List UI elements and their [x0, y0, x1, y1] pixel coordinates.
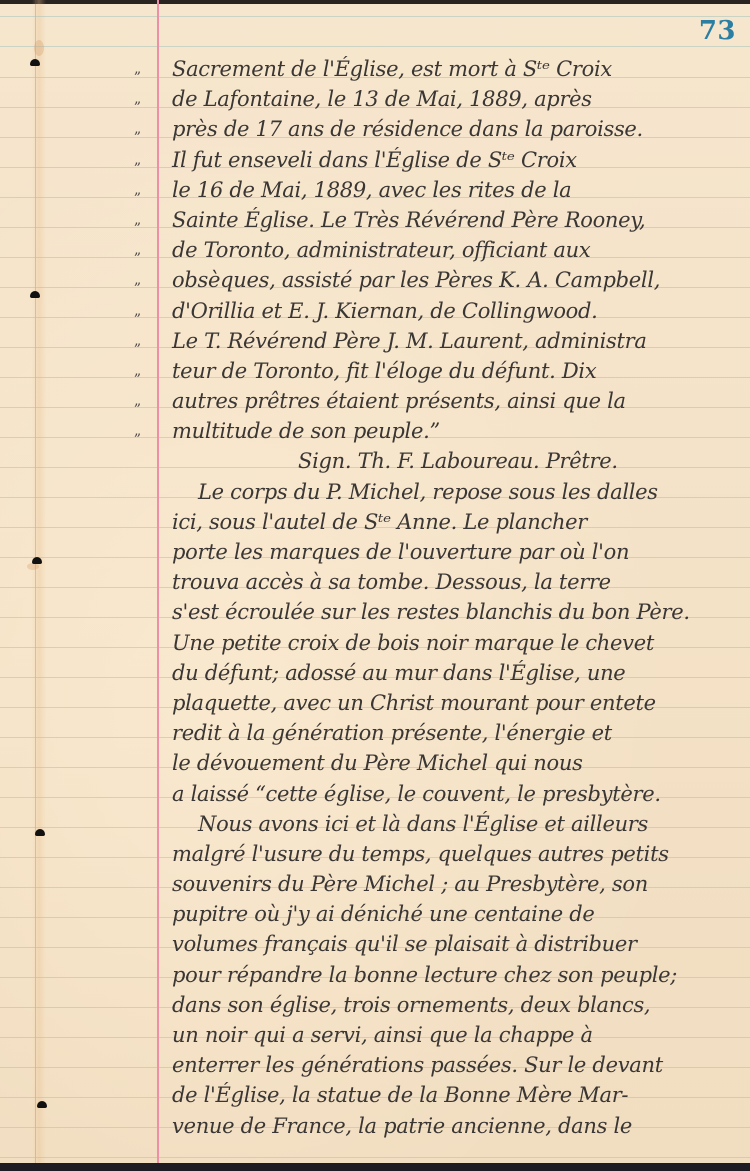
line-text: Le T. Révérend Père J. M. Laurent, admin…: [172, 326, 647, 356]
line-text: enterrer les générations passées. Sur le…: [172, 1050, 663, 1080]
line-text: pupitre où j'y ai déniché une centaine d…: [172, 899, 595, 929]
line-text: de Toronto, administrateur, officiant au…: [172, 235, 590, 265]
line-text: le 16 de Mai, 1889, avec les rites de la: [172, 175, 571, 205]
text-line: „Le T. Révérend Père J. M. Laurent, admi…: [0, 326, 750, 356]
text-line: „obsèques, assisté par les Pères K. A. C…: [0, 265, 750, 295]
text-line: porte les marques de l'ouverture par où …: [0, 537, 750, 567]
text-line: plaquette, avec un Christ mourant pour e…: [0, 688, 750, 718]
text-line: redit à la génération présente, l'énergi…: [0, 718, 750, 748]
signature-line: Sign. Th. F. Laboureau. Prêtre.: [0, 446, 750, 476]
line-text: du défunt; adossé au mur dans l'Église, …: [172, 658, 625, 688]
text-line: „autres prêtres étaient présents, ainsi …: [0, 386, 750, 416]
line-text: pour répandre la bonne lecture chez son …: [172, 960, 677, 990]
text-line: Nous avons ici et là dans l'Église et ai…: [0, 809, 750, 839]
line-text: a laissé “cette église, le couvent, le p…: [172, 779, 661, 809]
text-line: „multitude de son peuple.”: [0, 416, 750, 446]
line-text: Le corps du P. Michel, repose sous les d…: [198, 477, 658, 507]
text-line: le dévouement du Père Michel qui nous: [0, 748, 750, 778]
line-text: ici, sous l'autel de Sᵗᵉ Anne. Le planch…: [172, 507, 587, 537]
line-text: redit à la génération présente, l'énergi…: [172, 718, 612, 748]
line-text: Sign. Th. F. Laboureau. Prêtre.: [298, 446, 618, 476]
text-line: enterrer les générations passées. Sur le…: [0, 1050, 750, 1080]
ditto-mark: „: [134, 356, 141, 386]
line-text: trouva accès à sa tombe. Dessous, la ter…: [172, 567, 611, 597]
line-text: porte les marques de l'ouverture par où …: [172, 537, 629, 567]
text-line: dans son église, trois ornements, deux b…: [0, 990, 750, 1020]
text-line: souvenirs du Père Michel ; au Presbytère…: [0, 869, 750, 899]
text-line: „Sainte Église. Le Très Révérend Père Ro…: [0, 205, 750, 235]
ditto-mark: „: [134, 416, 141, 446]
line-text: souvenirs du Père Michel ; au Presbytère…: [172, 869, 648, 899]
text-line: trouva accès à sa tombe. Dessous, la ter…: [0, 567, 750, 597]
line-text: dans son église, trois ornements, deux b…: [172, 990, 650, 1020]
text-line: „de Toronto, administrateur, officiant a…: [0, 235, 750, 265]
text-line: „de Lafontaine, le 13 de Mai, 1889, aprè…: [0, 84, 750, 114]
text-line: malgré l'usure du temps, quelques autres…: [0, 839, 750, 869]
line-text: multitude de son peuple.”: [172, 416, 440, 446]
text-line: „d'Orillia et E. J. Kiernan, de Collingw…: [0, 296, 750, 326]
ditto-mark: „: [134, 296, 141, 326]
handwritten-text: „Sacrement de l'Église, est mort à Sᵗᵉ C…: [0, 54, 750, 1141]
text-line: du défunt; adossé au mur dans l'Église, …: [0, 658, 750, 688]
ditto-mark: „: [134, 84, 141, 114]
text-line: un noir qui a servi, ainsi que la chappe…: [0, 1020, 750, 1050]
line-text: Une petite croix de bois noir marque le …: [172, 628, 654, 658]
line-text: Sainte Église. Le Très Révérend Père Roo…: [172, 205, 645, 235]
text-line: s'est écroulée sur les restes blanchis d…: [0, 597, 750, 627]
line-text: près de 17 ans de résidence dans la paro…: [172, 114, 643, 144]
line-text: s'est écroulée sur les restes blanchis d…: [172, 597, 690, 627]
text-line: Une petite croix de bois noir marque le …: [0, 628, 750, 658]
line-text: de l'Église, la statue de la Bonne Mère …: [172, 1080, 628, 1110]
text-line: „Sacrement de l'Église, est mort à Sᵗᵉ C…: [0, 54, 750, 84]
ditto-mark: „: [134, 235, 141, 265]
line-text: autres prêtres étaient présents, ainsi q…: [172, 386, 626, 416]
text-line: „teur de Toronto, fit l'éloge du défunt.…: [0, 356, 750, 386]
text-line: „près de 17 ans de résidence dans la par…: [0, 114, 750, 144]
line-text: venue de France, la patrie ancienne, dan…: [172, 1111, 632, 1141]
line-text: Nous avons ici et là dans l'Église et ai…: [198, 809, 648, 839]
text-line: „Il fut enseveli dans l'Église de Sᵗᵉ Cr…: [0, 145, 750, 175]
text-line: pupitre où j'y ai déniché une centaine d…: [0, 899, 750, 929]
text-line: a laissé “cette église, le couvent, le p…: [0, 779, 750, 809]
ditto-mark: „: [134, 54, 141, 84]
text-line: volumes français qu'il se plaisait à dis…: [0, 929, 750, 959]
text-line: venue de France, la patrie ancienne, dan…: [0, 1111, 750, 1141]
line-text: plaquette, avec un Christ mourant pour e…: [172, 688, 656, 718]
text-line: pour répandre la bonne lecture chez son …: [0, 960, 750, 990]
ditto-mark: „: [134, 175, 141, 205]
line-text: teur de Toronto, fit l'éloge du défunt. …: [172, 356, 596, 386]
line-text: de Lafontaine, le 13 de Mai, 1889, après: [172, 84, 592, 114]
text-line: ici, sous l'autel de Sᵗᵉ Anne. Le planch…: [0, 507, 750, 537]
ditto-mark: „: [134, 145, 141, 175]
ditto-mark: „: [134, 326, 141, 356]
line-text: obsèques, assisté par les Pères K. A. Ca…: [172, 265, 660, 295]
line-text: le dévouement du Père Michel qui nous: [172, 748, 583, 778]
line-text: d'Orillia et E. J. Kiernan, de Collingwo…: [172, 296, 598, 326]
page-number: 73: [699, 16, 736, 46]
ditto-mark: „: [134, 386, 141, 416]
ditto-mark: „: [134, 265, 141, 295]
line-text: malgré l'usure du temps, quelques autres…: [172, 839, 669, 869]
line-text: Sacrement de l'Église, est mort à Sᵗᵉ Cr…: [172, 54, 612, 84]
ledger-page: 73 „Sacrement de l'Église, est mort à Sᵗ…: [0, 0, 750, 1171]
ditto-mark: „: [134, 114, 141, 144]
line-text: un noir qui a servi, ainsi que la chappe…: [172, 1020, 593, 1050]
text-line: „le 16 de Mai, 1889, avec les rites de l…: [0, 175, 750, 205]
line-text: Il fut enseveli dans l'Église de Sᵗᵉ Cro…: [172, 145, 577, 175]
ditto-mark: „: [134, 205, 141, 235]
text-line: Le corps du P. Michel, repose sous les d…: [0, 477, 750, 507]
line-text: volumes français qu'il se plaisait à dis…: [172, 929, 637, 959]
text-line: de l'Église, la statue de la Bonne Mère …: [0, 1080, 750, 1110]
page-bottom-edge: [0, 1163, 750, 1171]
